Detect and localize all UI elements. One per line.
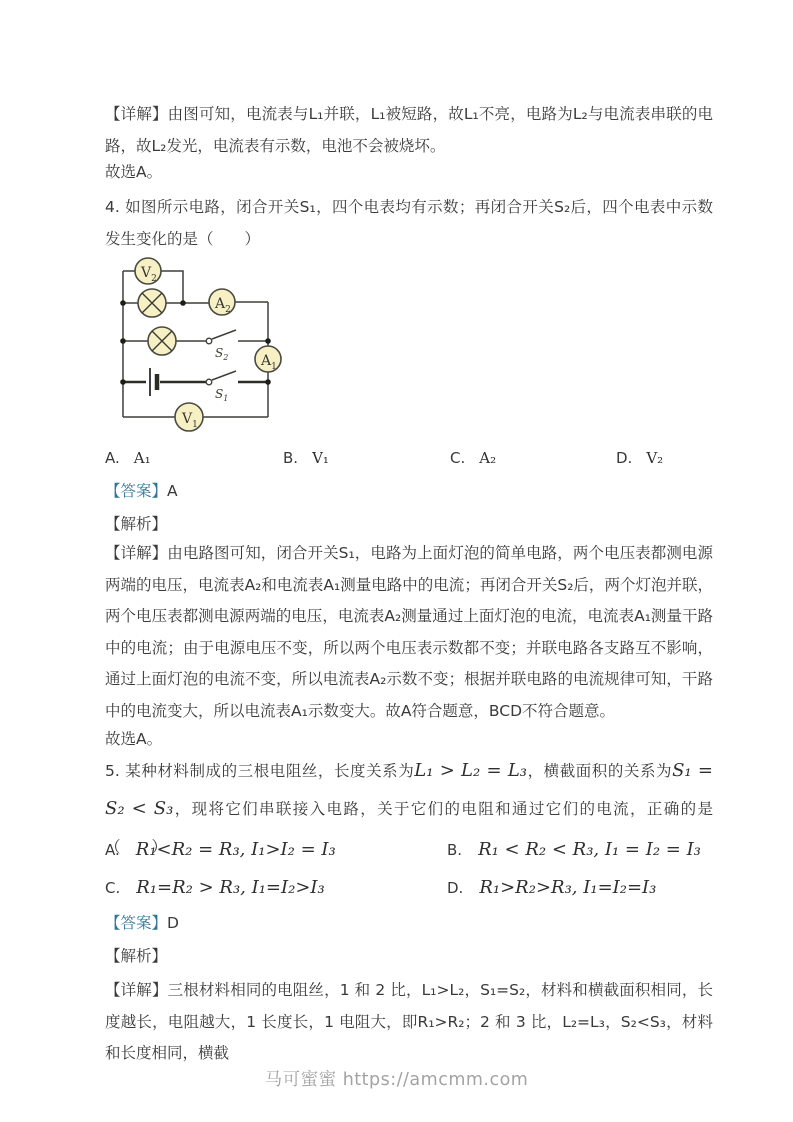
q5-option-b-label: B. — [447, 841, 462, 859]
q4-option-d[interactable]: D.V₂ — [616, 449, 663, 467]
q4-option-b[interactable]: B.V₁ — [283, 449, 329, 467]
q4-option-c-label: C. — [450, 449, 465, 467]
q4-choose-line: 故选A。 — [105, 727, 162, 749]
q3-choose-line: 故选A。 — [105, 160, 162, 182]
q5-stem-mid: ，横截面积的关系为 — [527, 762, 672, 780]
q5-options-row-2: C.R₁=R₂ > R₃, I₁=I₂>I₃ D.R₁>R₂>R₃, I₁=I₂… — [105, 877, 765, 907]
q5-option-d-math: R₁>R₂>R₃, I₁=I₂=I₃ — [479, 877, 656, 898]
q4-answer-value: A — [167, 482, 178, 500]
q5-answer-value: D — [167, 914, 179, 932]
switch-s2-pivot[interactable] — [206, 338, 212, 344]
q5-answer-line: 【答案】D — [105, 911, 179, 933]
site-watermark: 马可蜜蜜 https://amcmm.com — [0, 1066, 793, 1091]
q5-option-c-label: C. — [105, 879, 120, 897]
q5-option-d[interactable]: D.R₁>R₂>R₃, I₁=I₂=I₃ — [447, 877, 656, 898]
answer-label: 【答案】 — [105, 482, 167, 500]
label-s2: S2 — [215, 346, 228, 362]
q4-option-c[interactable]: C.A₂ — [450, 449, 496, 467]
q4-option-a[interactable]: A.A₁ — [105, 449, 151, 467]
q4-answer-line: 【答案】A — [105, 479, 178, 501]
q4-option-b-label: B. — [283, 449, 298, 467]
q4-option-a-label: A. — [105, 449, 120, 467]
exam-page: { "colors": { "accent_teal": "#2e7796", … — [0, 0, 793, 1122]
q4-option-a-text: A₁ — [134, 449, 151, 467]
q4-analysis-label: 【解析】 — [105, 512, 167, 534]
q4-option-d-label: D. — [616, 449, 632, 467]
q4-option-b-text: V₁ — [312, 449, 329, 467]
answer-label: 【答案】 — [105, 914, 167, 932]
q5-analysis-label: 【解析】 — [105, 944, 167, 966]
q4-options-row: A.A₁ B.V₁ C.A₂ D.V₂ — [105, 449, 745, 473]
battery-icon — [150, 368, 157, 396]
q5-option-d-label: D. — [447, 879, 463, 897]
q5-stem-pre: 5. 某种材料制成的三根电阻丝，长度关系为 — [105, 762, 414, 780]
circuit-diagram: V2 A2 A1 V1 S2 S1 — [110, 253, 332, 443]
q5-option-c-math: R₁=R₂ > R₃, I₁=I₂>I₃ — [136, 877, 325, 898]
label-s1: S1 — [215, 387, 228, 403]
q5-stem-math-lengths: L₁ > L₂ = L₃ — [414, 760, 527, 781]
q5-option-c[interactable]: C.R₁=R₂ > R₃, I₁=I₂>I₃ — [105, 877, 325, 898]
q4-option-d-text: V₂ — [646, 449, 663, 467]
q4-stem: 4. 如图所示电路，闭合开关S₁，四个电表均有示数；再闭合开关S₂后，四个电表中… — [105, 192, 713, 255]
q3-detail-paragraph: 【详解】由图可知，电流表与L₁并联，L₁被短路，故L₁不亮，电路为L₂与电流表串… — [105, 99, 713, 162]
switch-s1-blade[interactable] — [212, 371, 236, 380]
q5-option-a-label: A. — [105, 841, 120, 859]
q5-options-row-1: A.R₁<R₂ = R₃, I₁>I₂ = I₃ B.R₁ < R₂ < R₃,… — [105, 839, 765, 869]
q5-option-b-math: R₁ < R₂ < R₃, I₁ = I₂ = I₃ — [478, 839, 701, 860]
q4-detail-paragraph: 【详解】由电路图可知，闭合开关S₁，电路为上面灯泡的简单电路，两个电压表都测电源… — [105, 538, 713, 727]
q4-option-c-text: A₂ — [479, 449, 496, 467]
q5-option-a-math: R₁<R₂ = R₃, I₁>I₂ = I₃ — [136, 839, 336, 860]
q5-detail-paragraph: 【详解】三根材料相同的电阻丝，1 和 2 比，L₁>L₂，S₁=S₂，材料和横截… — [105, 975, 713, 1070]
q5-option-b[interactable]: B.R₁ < R₂ < R₃, I₁ = I₂ = I₃ — [447, 839, 701, 860]
switch-s1-pivot[interactable] — [206, 379, 212, 385]
q5-option-a[interactable]: A.R₁<R₂ = R₃, I₁>I₂ = I₃ — [105, 839, 336, 860]
